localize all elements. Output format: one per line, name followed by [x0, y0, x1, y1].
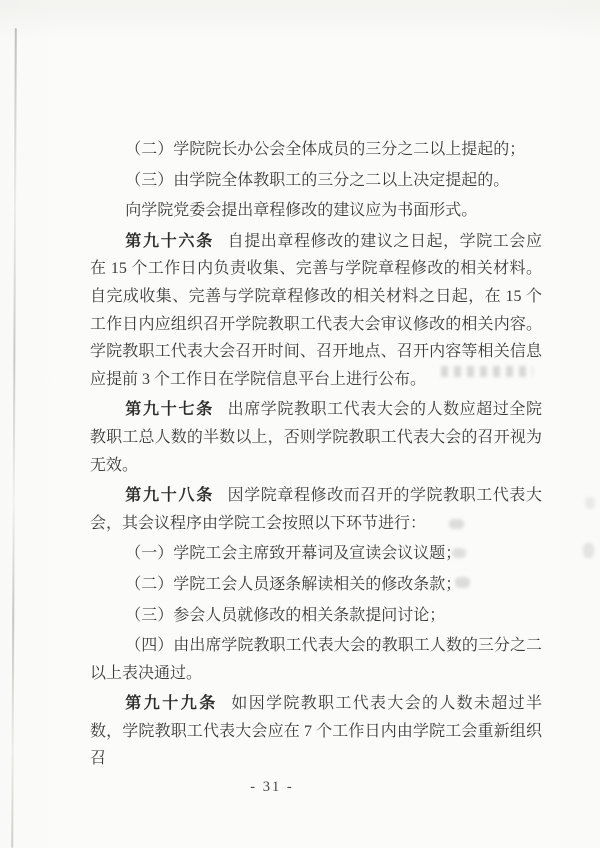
scan-page-edge-line: [11, 28, 16, 848]
paragraph-text: （三）参会人员就修改的相关条款提问讨论；: [125, 607, 445, 624]
paragraph: 第九十八条因学院章程修改而召开的学院教职工代表大会，其会议程序由学院工会按照以下…: [90, 482, 542, 537]
paragraph: 第九十七条出席学院教职工代表大会的人数应超过全院教职工总人数的半数以上，否则学院…: [90, 396, 542, 479]
paragraph: 向学院党委会提出章程修改的建议应为书面形式。: [90, 197, 542, 225]
paragraph-text: （四）由出席学院教职工代表大会的教职工人数的三分之二以上表决通过。: [90, 637, 542, 682]
paragraph-text: （二）学院工会人员逐条解读相关的修改条款；: [125, 576, 461, 593]
paragraph: 第九十九条如因学院教职工代表大会的人数未超过半数，学院教职工代表大会应在 7 个…: [90, 690, 542, 773]
paragraph: （三）参会人员就修改的相关条款提问讨论；: [90, 602, 542, 630]
paragraph: （四）由出席学院教职工代表大会的教职工人数的三分之二以上表决通过。: [90, 632, 542, 687]
article-number: 第九十六条: [125, 233, 214, 250]
article-number: 第九十七条: [125, 401, 214, 418]
paragraph-text: （三）由学院全体教职工的三分之二以上决定提起的。: [125, 172, 509, 189]
paragraph: （二）学院院长办公会全体成员的三分之二以上提起的；: [90, 136, 542, 164]
paragraph: 第九十六条自提出章程修改的建议之日起，学院工会应在 15 个工作日内负责收集、完…: [90, 228, 542, 394]
paragraph-text: （一）学院工会主席致开幕词及宣读会议议题；: [125, 545, 461, 562]
paragraph-text: 自提出章程修改的建议之日起，学院工会应在 15 个工作日内负责收集、完善与学院章…: [90, 233, 542, 388]
paragraph: （三）由学院全体教职工的三分之二以上决定提起的。: [90, 167, 542, 195]
paragraph: （二）学院工会人员逐条解读相关的修改条款；: [90, 571, 542, 599]
document-body: （二）学院院长办公会全体成员的三分之二以上提起的；（三）由学院全体教职工的三分之…: [90, 136, 542, 776]
paragraph: （一）学院工会主席致开幕词及宣读会议议题；: [90, 540, 542, 568]
scan-smudge: [585, 497, 595, 509]
paragraph-text: （二）学院院长办公会全体成员的三分之二以上提起的；: [125, 141, 525, 158]
page-number: - 31 -: [0, 779, 572, 796]
article-number: 第九十九条: [125, 695, 218, 712]
paragraph-text: 向学院党委会提出章程修改的建议应为书面形式。: [125, 202, 477, 219]
scan-smudge: [583, 543, 594, 558]
article-number: 第九十八条: [125, 487, 214, 504]
